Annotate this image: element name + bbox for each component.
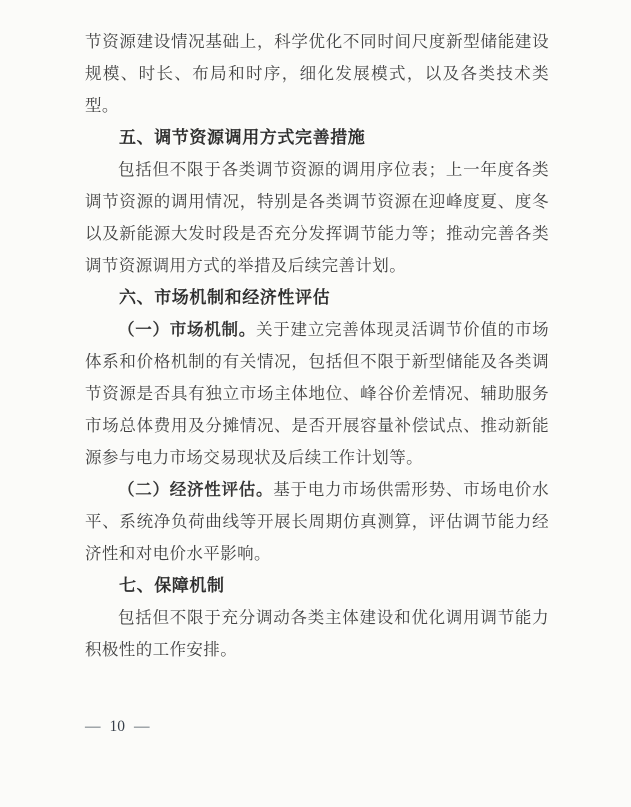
section-heading-seven: 七、保障机制 [85, 570, 549, 602]
paragraph-lead-market-mechanism: （一）市场机制。 [118, 320, 256, 339]
paragraph-continuation: 节资源建设情况基础上，科学优化不同时间尺度新型储能建设规模、时长、布局和时序，细… [85, 26, 549, 122]
page-number-right-dash: — [134, 714, 150, 740]
paragraph-text-market-mechanism: 关于建立完善体现灵活调节价值的市场体系和价格机制的有关情况，包括但不限于新型储能… [85, 320, 549, 467]
section-heading-five: 五、调节资源调用方式完善措施 [85, 122, 549, 154]
paragraph-section-five: 包括但不限于各类调节资源的调用序位表；上一年度各类调节资源的调用情况，特别是各类… [85, 154, 549, 282]
document-page: 节资源建设情况基础上，科学优化不同时间尺度新型储能建设规模、时长、布局和时序，细… [0, 0, 631, 807]
section-heading-six: 六、市场机制和经济性评估 [85, 282, 549, 314]
page-number-left-dash: — [85, 714, 101, 740]
document-content: 节资源建设情况基础上，科学优化不同时间尺度新型储能建设规模、时长、布局和时序，细… [85, 26, 549, 666]
paragraph-lead-economic-evaluation: （二）经济性评估。 [118, 480, 273, 499]
paragraph-section-seven: 包括但不限于充分调动各类主体建设和优化调用调节能力积极性的工作安排。 [85, 602, 549, 666]
paragraph-economic-evaluation: （二）经济性评估。基于电力市场供需形势、市场电价水平、系统净负荷曲线等开展长周期… [85, 474, 549, 570]
page-number: —10— [85, 714, 150, 740]
paragraph-market-mechanism: （一）市场机制。关于建立完善体现灵活调节价值的市场体系和价格机制的有关情况，包括… [85, 314, 549, 474]
page-number-value: 10 [110, 714, 126, 740]
